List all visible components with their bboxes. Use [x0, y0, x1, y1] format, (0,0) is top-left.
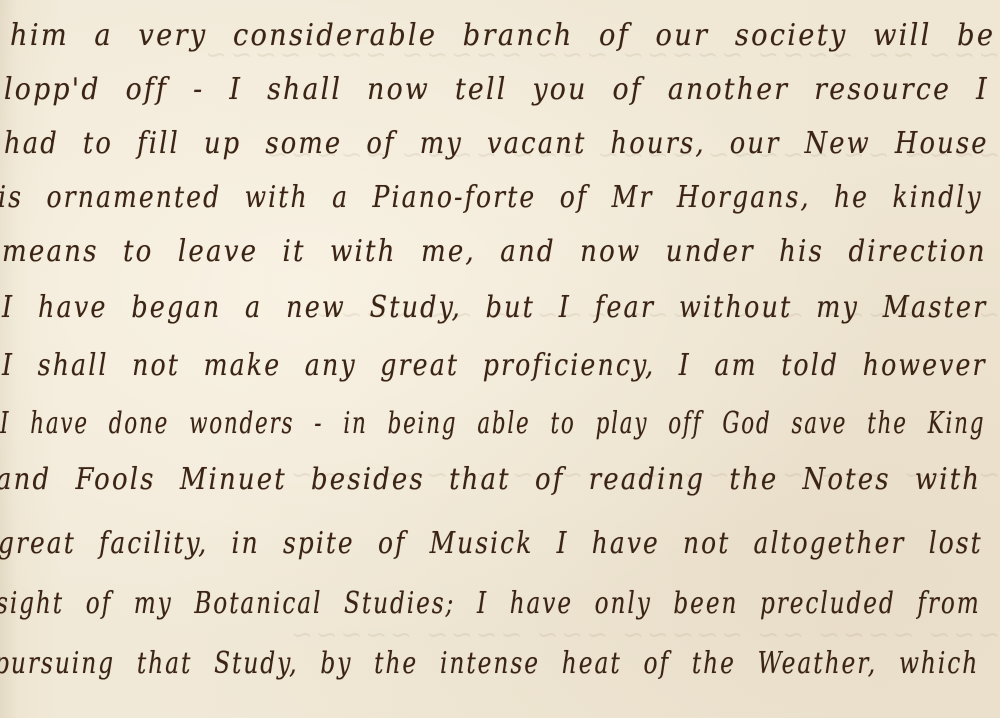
manuscript-line-6: I have began a new Study, but I fear wit…	[2, 290, 987, 325]
manuscript-line-8: I have done wonders - in being able to p…	[0, 406, 985, 441]
manuscript-line-5: means to leave it with me, and now under…	[2, 234, 987, 269]
manuscript-line-2: lopp'd off - I shall now tell you of ano…	[4, 72, 989, 107]
manuscript-page: ~~~ ~~ ~~~~ ~~~~~ ~~~ ~~~~~ ~~~ ~~~~ ~~~…	[0, 0, 1000, 718]
manuscript-line-7: I shall not make any great proficiency, …	[2, 348, 987, 383]
manuscript-line-1: him a very considerable branch of our so…	[10, 18, 995, 53]
manuscript-line-11: sight of my Botanical Studies; I have on…	[0, 586, 981, 621]
manuscript-line-4: is ornamented with a Piano-forte of Mr H…	[0, 180, 983, 215]
manuscript-line-10: great facility, in spite of Musick I hav…	[0, 526, 983, 561]
manuscript-line-3: had to fill up some of my vacant hours, …	[4, 126, 989, 161]
manuscript-line-9: and Fools Minuet besides that of reading…	[0, 462, 981, 497]
manuscript-line-12: pursuing that Study, by the intense heat…	[0, 646, 979, 681]
